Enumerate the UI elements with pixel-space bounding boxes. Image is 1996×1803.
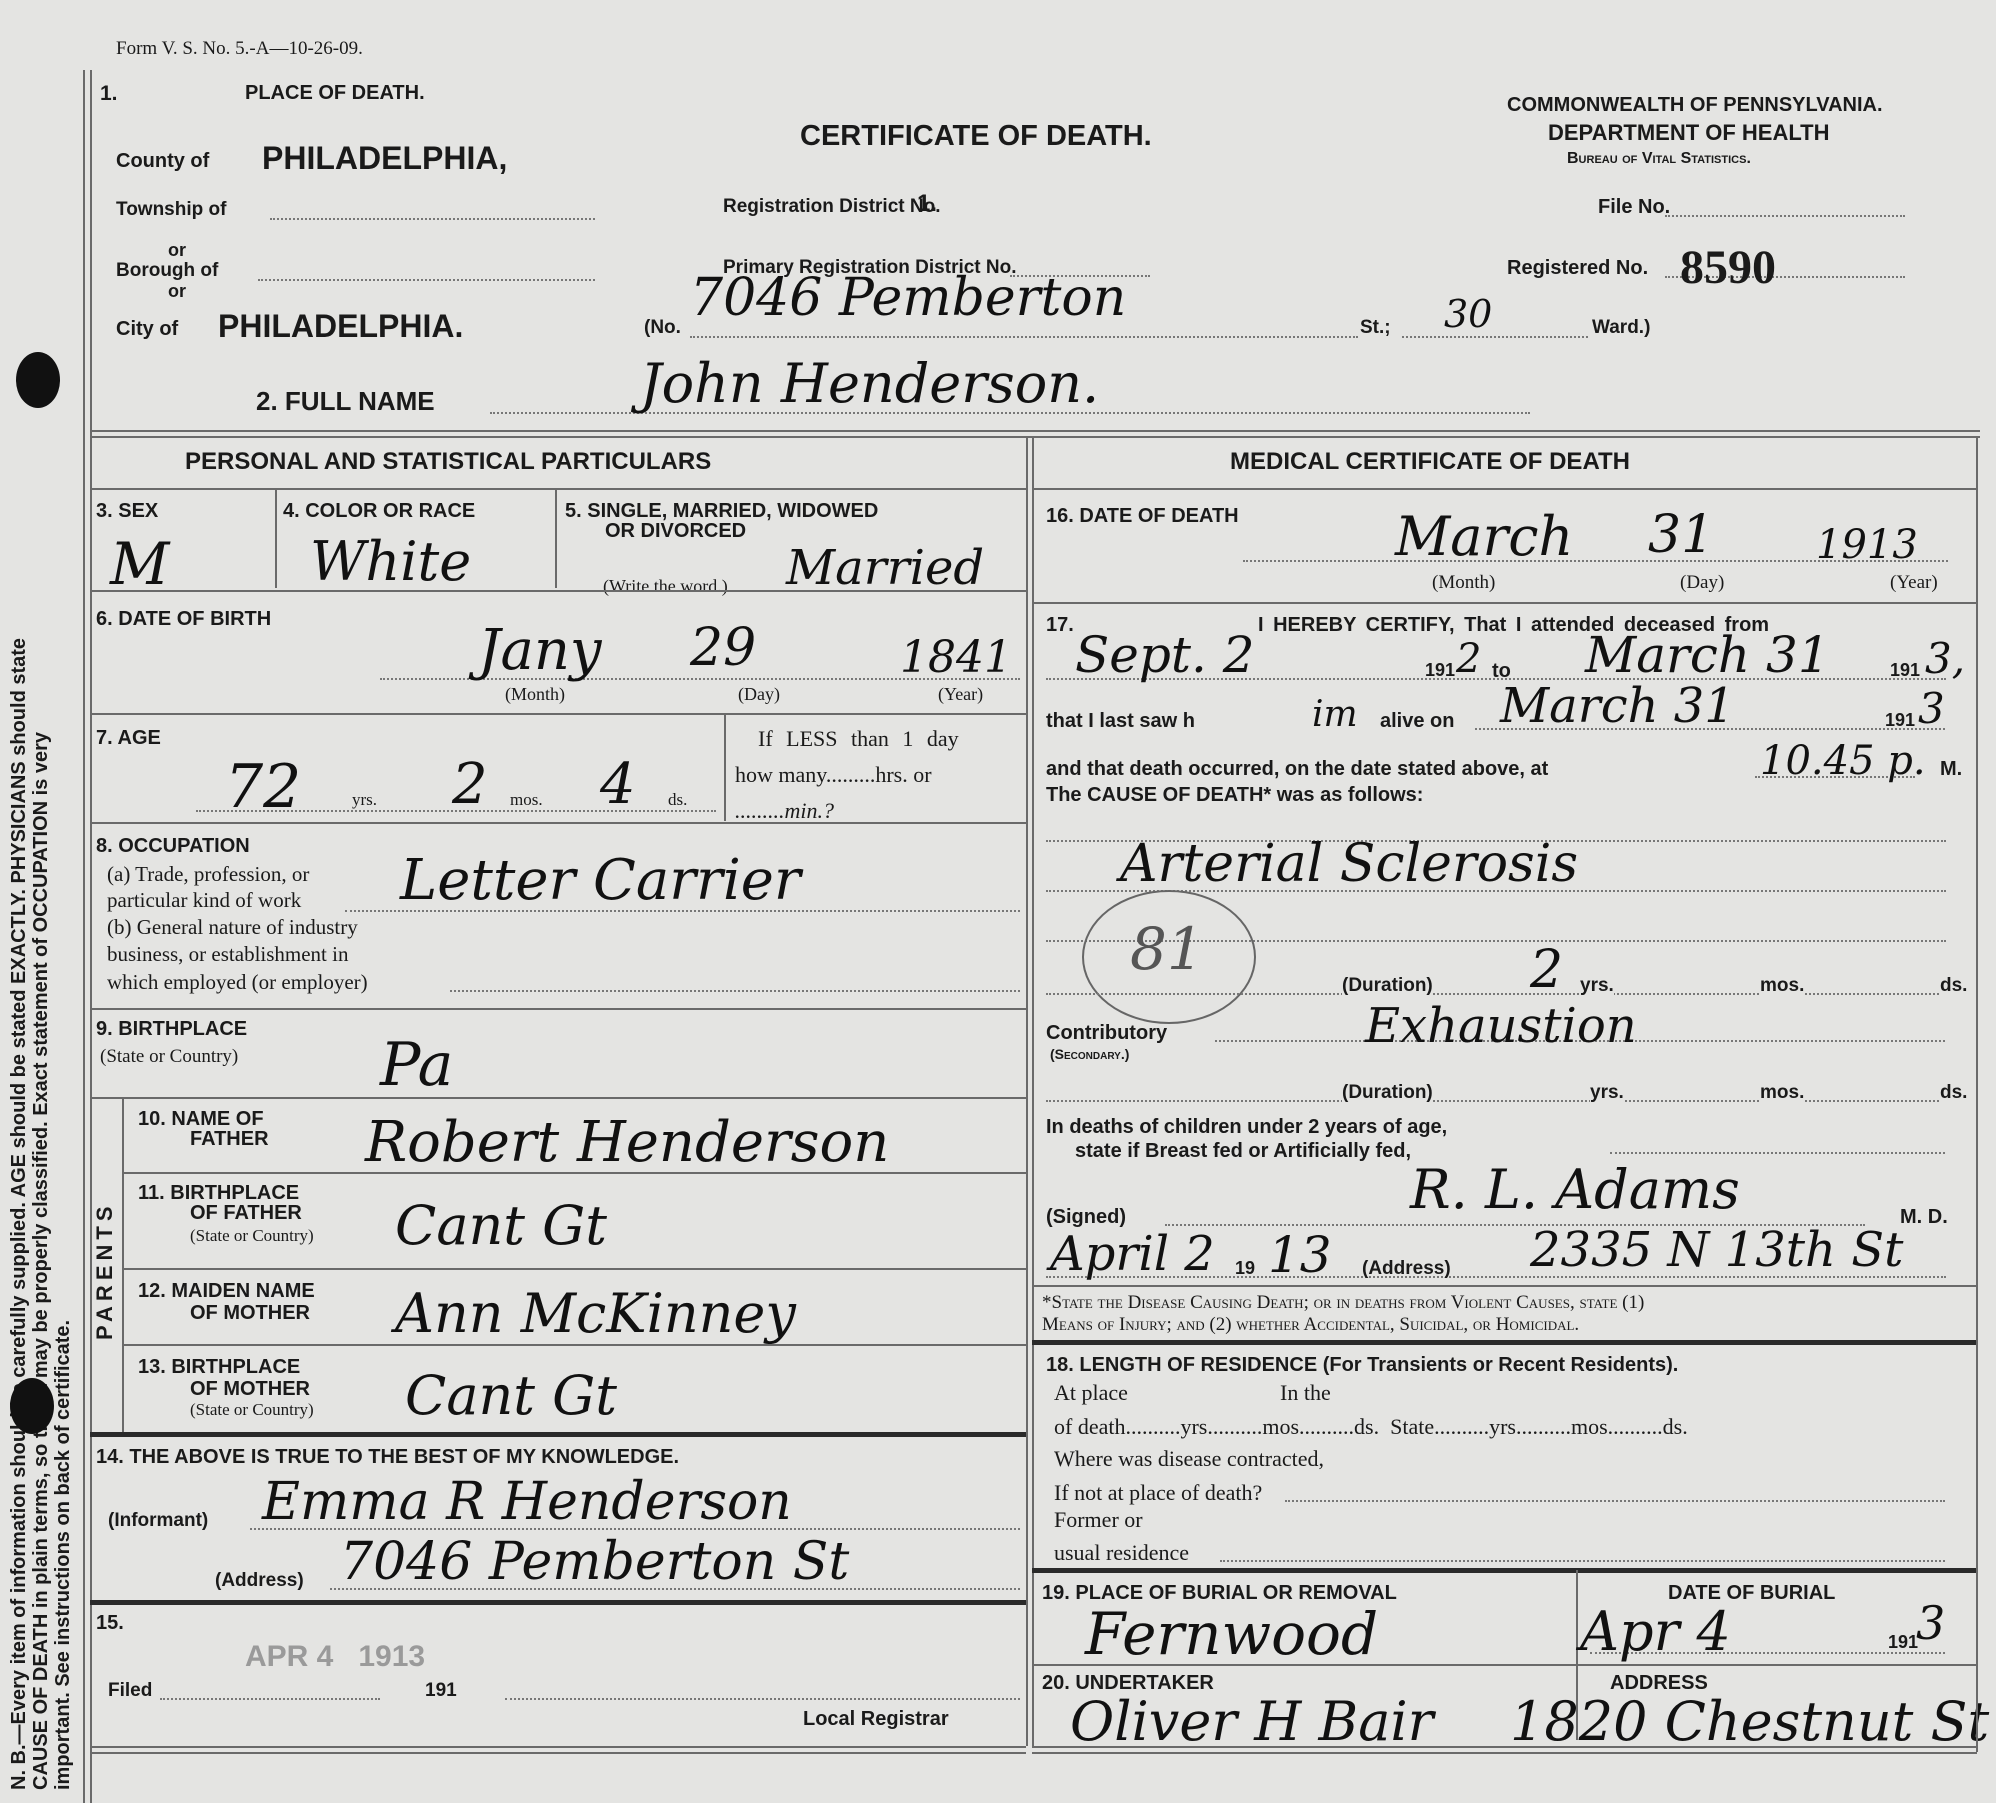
age-days: 4 (600, 752, 636, 817)
signed-value: R. L. Adams (1410, 1158, 1740, 1221)
dob-month: Jany (478, 618, 602, 683)
informant-label: (Informant) (108, 1510, 208, 1532)
father-name-value: Robert Henderson (365, 1110, 889, 1175)
row-line-11 (90, 1600, 1026, 1605)
header-divider-2 (90, 436, 1980, 438)
race-label: 4. COLOR OR RACE (283, 500, 475, 523)
file-no-label: File No. (1598, 196, 1670, 219)
duration-field-1 (1046, 993, 1946, 995)
margin-note-line3: important. See instructions on back of c… (52, 1320, 75, 1790)
row-line-10 (90, 1432, 1026, 1437)
to-year-digit: 3, (1925, 634, 1965, 683)
less-than-day: If LESS than 1 day (758, 726, 959, 752)
informant-value: Emma R Henderson (262, 1472, 792, 1532)
physician-address-label: (Address) (1362, 1258, 1451, 1280)
margin-note-line1: N. B.—Every item of information should b… (8, 70, 31, 1790)
filed-stamp: APR 4 1913 (245, 1640, 425, 1674)
signed-year: 13 (1268, 1226, 1332, 1284)
dob-month-caption: (Month) (505, 684, 565, 705)
punch-hole-bottom (10, 1378, 54, 1434)
punch-hole-top (16, 352, 60, 408)
in-the: In the (1280, 1380, 1331, 1406)
children-field (1610, 1152, 1945, 1154)
row-line-3 (90, 713, 1026, 715)
bottom-line-left-2 (90, 1752, 1026, 1754)
death-time-label: and that death occurred, on the date sta… (1046, 758, 1548, 781)
medical-section-title: MEDICAL CERTIFICATE OF DEATH (1230, 448, 1630, 476)
occupation-value: Letter Carrier (400, 848, 801, 913)
right-border (1976, 436, 1978, 1752)
borough-label: Borough of (116, 260, 218, 282)
dob-day: 29 (690, 618, 756, 678)
burial-date: Apr 4 (1580, 1600, 1731, 1663)
mother-name-label-2: OF MOTHER (190, 1302, 310, 1325)
secondary-label: (Secondary.) (1050, 1046, 1129, 1062)
dod-day: 31 (1648, 505, 1714, 565)
duration-mos-1: mos. (1760, 975, 1804, 997)
row-line-9 (122, 1344, 1026, 1346)
ward-label: Ward.) (1592, 317, 1650, 339)
age-yrs-caption: yrs. (352, 790, 377, 810)
bottom-line-right-2 (1032, 1752, 1977, 1754)
occupation-b-3: which employed (or employer) (107, 970, 368, 995)
m-row-line-3 (1032, 1285, 1977, 1287)
parents-label: PARENTS (92, 1202, 118, 1341)
parents-divider (122, 1097, 124, 1432)
at-place: At place (1054, 1380, 1128, 1406)
if-not-field (1285, 1500, 1945, 1502)
death-time-value: 10.45 p. (1760, 738, 1926, 784)
or-2: or (168, 281, 186, 302)
sex-value: M (110, 530, 169, 598)
item-14-declaration: 14. THE ABOVE IS TRUE TO THE BEST OF MY … (96, 1446, 679, 1469)
row-line-1 (90, 488, 1026, 490)
duration-ds-1: ds. (1940, 975, 1967, 997)
registered-no-label: Registered No. (1507, 257, 1648, 280)
footnote-1: *State the Disease Causing Death; or in … (1042, 1292, 1644, 1314)
occupation-label: 8. OCCUPATION (96, 835, 250, 858)
min: .........min.? (735, 798, 834, 824)
dod-year-caption: (Year) (1890, 572, 1938, 594)
row-line-2 (90, 590, 1026, 592)
m-row-line-5 (1032, 1568, 1977, 1573)
dod-month-caption: (Month) (1432, 572, 1495, 594)
item-18: 18. LENGTH OF RESIDENCE (For Transients … (1046, 1354, 1678, 1377)
county-value: PHILADELPHIA, (262, 140, 507, 177)
registrar-field (505, 1698, 1020, 1700)
last-saw-label: that I last saw h (1046, 710, 1195, 733)
filed-191: 191 (425, 1680, 457, 1702)
item-17: 17. (1046, 614, 1074, 637)
age-mos-caption: mos. (510, 790, 543, 810)
township-field (270, 218, 595, 220)
circled-code: 81 (1130, 915, 1204, 983)
from-year-digit: 2 (1456, 636, 1481, 682)
city-value: PHILADELPHIA. (218, 308, 463, 345)
alive-on-label: alive on (1380, 710, 1454, 733)
street-field (690, 336, 1358, 338)
full-name-value: John Henderson. (640, 352, 1099, 415)
occupation-b-2: business, or establishment in (107, 942, 348, 967)
mother-birthplace-hint: (State or Country) (190, 1400, 314, 1420)
race-divider (555, 488, 557, 588)
dod-label: 16. DATE OF DEATH (1046, 505, 1239, 528)
ward-field (1402, 336, 1588, 338)
father-birthplace-hint: (State or Country) (190, 1226, 314, 1246)
m-row-line-1 (1032, 488, 1977, 490)
duration-ds-2: ds. (1940, 1082, 1967, 1104)
margin-note-line2: CAUSE OF DEATH in plain terms, so that i… (30, 732, 53, 1790)
children-note-2: state if Breast fed or Artificially fed, (1075, 1140, 1411, 1163)
sex-label: 3. SEX (96, 500, 158, 523)
signed-19: 19 (1235, 1258, 1255, 1279)
burial-191: 191 (1888, 1632, 1918, 1653)
left-border (83, 70, 85, 1803)
or-1: or (168, 240, 186, 261)
contributory-value: Exhaustion (1365, 998, 1637, 1054)
dob-year-caption: (Year) (938, 684, 983, 705)
mother-birthplace-label-1: 13. BIRTHPLACE (138, 1356, 300, 1379)
marital-hint: (Write the word.) (603, 576, 728, 597)
attended-from: Sept. 2 (1075, 626, 1255, 684)
column-divider-2 (1032, 436, 1034, 1746)
how-many: how many.........hrs. or (735, 762, 932, 788)
to-191: 191 (1890, 660, 1920, 681)
duration-mos-2: mos. (1760, 1082, 1804, 1104)
mother-name-value: Ann McKinney (395, 1282, 796, 1345)
dob-day-caption: (Day) (738, 684, 780, 705)
children-note-1: In deaths of children under 2 years of a… (1046, 1116, 1447, 1139)
item-1-number: 1. (100, 82, 118, 106)
age-divider (724, 713, 726, 821)
row-line-4 (90, 822, 1026, 824)
occupation-a-2: particular kind of work (107, 888, 301, 913)
age-ds-caption: ds. (668, 790, 687, 810)
former-or: Former or (1054, 1507, 1143, 1533)
usual-residence-field (1220, 1560, 1945, 1562)
m-row-line-4 (1032, 1340, 1977, 1345)
burial-place: Fernwood (1085, 1600, 1378, 1668)
of-death-line: of death..........yrs..........mos......… (1054, 1414, 1688, 1440)
last-saw-date: March 31 (1500, 678, 1735, 734)
street-no-label: (No. (644, 317, 681, 339)
row-line-7 (122, 1172, 1026, 1174)
township-label: Township of (116, 199, 226, 221)
dod-month: March (1395, 505, 1573, 568)
file-no-field (1665, 215, 1905, 217)
registration-district-label: Registration District No. (723, 196, 940, 218)
age-months: 2 (452, 752, 488, 817)
full-name-label: 2. FULL NAME (256, 386, 435, 417)
registered-no-value: 8590 (1680, 240, 1776, 295)
duration-field-2 (1046, 1100, 1946, 1102)
occupation-b-field (450, 990, 1020, 992)
form-id: Form V. S. No. 5.-A—10-26-09. (116, 38, 363, 60)
marital-value: Married (786, 540, 984, 596)
race-value: White (310, 530, 471, 593)
duration-yrs-value: 2 (1530, 940, 1563, 1000)
last-saw-pronoun: im (1312, 694, 1358, 735)
street-value: 7046 Pemberton (690, 268, 1126, 328)
age-label: 7. AGE (96, 727, 161, 750)
certificate-title: CERTIFICATE OF DEATH. (800, 120, 1152, 153)
local-registrar-label: Local Registrar (803, 1708, 949, 1731)
filed-field (160, 1698, 380, 1700)
place-of-death-heading: PLACE OF DEATH. (245, 82, 425, 105)
header-divider (90, 430, 1980, 432)
registration-district-value: 1. (917, 190, 937, 218)
contributory-label: Contributory (1046, 1022, 1167, 1045)
marital-label-2: OR DIVORCED (605, 520, 746, 543)
sex-divider (275, 488, 277, 588)
item-15: 15. (96, 1612, 124, 1635)
birthplace-hint: (State or Country) (100, 1046, 238, 1068)
department-heading: DEPARTMENT OF HEALTH (1548, 120, 1830, 146)
filed-label: Filed (108, 1680, 152, 1702)
informant-address-label: (Address) (215, 1570, 304, 1592)
cause-value: Arterial Sclerosis (1120, 834, 1578, 894)
occupation-a-1: (a) Trade, profession, or (107, 862, 309, 887)
last-year-digit: 3 (1918, 684, 1945, 733)
occupation-b-1: (b) General nature of industry (107, 915, 358, 940)
burial-year-digit: 3 (1916, 1596, 1945, 1650)
mother-birthplace-label-2: OF MOTHER (190, 1378, 310, 1401)
cause-label: The CAUSE OF DEATH* was as follows: (1046, 784, 1423, 807)
duration-yrs-1: yrs. (1580, 975, 1614, 997)
dod-day-caption: (Day) (1680, 572, 1724, 594)
bureau-heading: Bureau of Vital Statistics. (1567, 150, 1751, 168)
mother-name-label-1: 12. MAIDEN NAME (138, 1280, 315, 1303)
city-label: City of (116, 318, 178, 341)
informant-address-value: 7046 Pemberton St (340, 1532, 849, 1592)
footnote-2: Means of Injury; and (2) whether Acciden… (1042, 1314, 1579, 1336)
bottom-line-right (1032, 1746, 1977, 1748)
father-birthplace-value: Cant Gt (395, 1194, 607, 1257)
left-border-inner (90, 70, 92, 1803)
st-label: St.; (1360, 317, 1391, 339)
ward-value: 30 (1444, 292, 1492, 336)
father-name-label-2: FATHER (190, 1128, 269, 1151)
bottom-line-left (90, 1746, 1026, 1748)
row-line-5 (90, 1008, 1026, 1010)
m-row-line-6 (1032, 1664, 1977, 1666)
dod-year: 1913 (1816, 522, 1918, 568)
undertaker-address-value: 1820 Chestnut St (1510, 1690, 1989, 1753)
m-row-line-2 (1032, 602, 1977, 604)
dob-year: 1841 (900, 632, 1012, 683)
m-label: M. (1940, 758, 1962, 781)
usual-residence: usual residence (1054, 1540, 1189, 1566)
row-line-8 (122, 1268, 1026, 1270)
personal-section-title: PERSONAL AND STATISTICAL PARTICULARS (185, 448, 711, 476)
attended-to: March 31 (1585, 626, 1830, 684)
duration-label-2: (Duration) (1342, 1082, 1433, 1104)
physician-address-value: 2335 N 13th St (1530, 1222, 1903, 1278)
last-191: 191 (1885, 710, 1915, 731)
undertaker-value: Oliver H Bair (1070, 1690, 1433, 1753)
dob-label: 6. DATE OF BIRTH (96, 608, 271, 631)
if-not-at-place: If not at place of death? (1054, 1480, 1262, 1506)
duration-yrs-2: yrs. (1590, 1082, 1624, 1104)
commonwealth-heading: COMMONWEALTH OF PENNSYLVANIA. (1507, 94, 1883, 117)
borough-field (258, 279, 595, 281)
age-years: 72 (225, 752, 301, 822)
from-191: 191 (1425, 660, 1455, 681)
birthplace-label: 9. BIRTHPLACE (96, 1018, 247, 1041)
signed-date: April 2 (1050, 1226, 1215, 1282)
md-label: M. D. (1900, 1206, 1948, 1229)
where-contracted: Where was disease contracted, (1054, 1446, 1324, 1472)
duration-label-1: (Duration) (1342, 975, 1433, 997)
father-birthplace-label-2: OF FATHER (190, 1202, 302, 1225)
county-label: County of (116, 150, 209, 173)
row-line-6 (90, 1097, 1026, 1099)
column-divider (1026, 436, 1028, 1746)
birthplace-value: Pa (380, 1030, 453, 1100)
mother-birthplace-value: Cant Gt (405, 1364, 617, 1427)
